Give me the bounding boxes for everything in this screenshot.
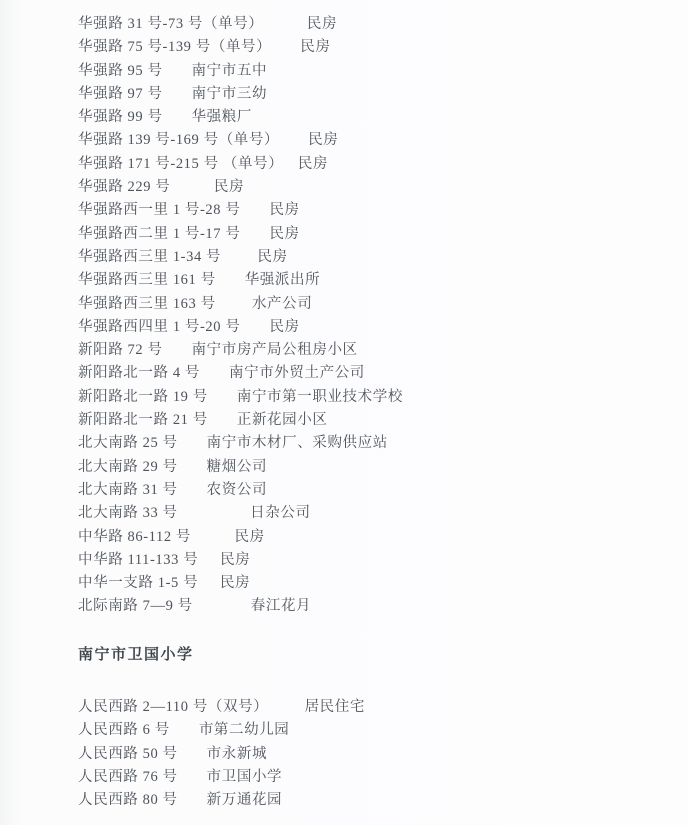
address-row: 人民西路 76 号市卫国小学 xyxy=(78,766,660,789)
address-text: 北际南路 7—9 号 xyxy=(78,595,193,618)
address-row: 华强路西四里 1 号-20 号民房 xyxy=(78,316,660,339)
facility-text: 民房 xyxy=(269,316,299,339)
facility-text: 南宁市外贸土产公司 xyxy=(229,362,365,385)
facility-text: 民房 xyxy=(300,36,330,59)
address-text: 华强路西一里 1 号-28 号 xyxy=(78,199,240,222)
address-row: 华强路 31 号-73 号（单号）民房 xyxy=(78,13,660,36)
scanned-document-page: 华强路 31 号-73 号（单号）民房华强路 75 号-139 号（单号）民房华… xyxy=(0,0,688,825)
address-text: 人民西路 76 号 xyxy=(78,766,178,789)
address-text: 北大南路 25 号 xyxy=(78,432,178,455)
address-text: 人民西路 6 号 xyxy=(78,719,170,742)
facility-text: 民房 xyxy=(308,129,338,152)
address-row: 新阳路 72 号南宁市房产局公租房小区 xyxy=(78,339,660,362)
address-text: 华强路 31 号-73 号（单号） xyxy=(78,13,263,36)
address-row: 华强路西三里 163 号水产公司 xyxy=(78,293,660,316)
facility-text: 南宁市五中 xyxy=(192,60,268,83)
address-text: 新阳路 72 号 xyxy=(78,339,163,362)
address-row: 北大南路 29 号糖烟公司 xyxy=(78,456,660,479)
facility-text: 南宁市木材厂、采购供应站 xyxy=(207,432,388,455)
facility-text: 水产公司 xyxy=(252,293,312,316)
address-row: 中华一支路 1-5 号民房 xyxy=(78,572,660,595)
facility-text: 糖烟公司 xyxy=(207,456,267,479)
facility-text: 民房 xyxy=(235,526,265,549)
address-text: 新阳路北一路 4 号 xyxy=(78,362,200,385)
facility-text: 民房 xyxy=(220,549,250,572)
address-text: 华强路 171 号-215 号 （单号） xyxy=(78,153,283,176)
address-text: 北大南路 33 号 xyxy=(78,502,178,525)
facility-text: 日杂公司 xyxy=(250,502,310,525)
facility-text: 民房 xyxy=(214,176,244,199)
address-list-bottom: 人民西路 2—110 号（双号）居民住宅人民西路 6 号市第二幼儿园人民西路 5… xyxy=(78,696,660,812)
facility-text: 民房 xyxy=(269,223,299,246)
address-row: 新阳路北一路 4 号南宁市外贸土产公司 xyxy=(78,362,660,385)
address-text: 华强路 229 号 xyxy=(78,176,170,199)
address-text: 人民西路 2—110 号（双号） xyxy=(78,696,268,719)
address-text: 华强路 139 号-169 号（单号） xyxy=(78,129,279,152)
facility-text: 市第二幼儿园 xyxy=(199,719,290,742)
facility-text: 南宁市房产局公租房小区 xyxy=(192,339,358,362)
address-row: 华强路 99 号华强粮厂 xyxy=(78,106,660,129)
facility-text: 市卫国小学 xyxy=(207,766,283,789)
address-row: 新阳路北一路 21 号正新花园小区 xyxy=(78,409,660,432)
address-row: 北际南路 7—9 号春江花月 xyxy=(78,595,660,618)
address-text: 华强路西三里 163 号 xyxy=(78,293,216,316)
address-row: 华强路西二里 1 号-17 号民房 xyxy=(78,223,660,246)
address-row: 华强路 75 号-139 号（单号）民房 xyxy=(78,36,660,59)
facility-text: 市永新城 xyxy=(207,743,267,766)
address-row: 中华路 111-133 号民房 xyxy=(78,549,660,572)
address-row: 华强路 95 号南宁市五中 xyxy=(78,60,660,83)
address-row: 华强路西三里 161 号华强派出所 xyxy=(78,269,660,292)
facility-text: 新万通花园 xyxy=(207,789,283,812)
address-text: 华强路西三里 161 号 xyxy=(78,269,216,292)
facility-text: 华强粮厂 xyxy=(192,106,252,129)
section-heading: 南宁市卫国小学 xyxy=(78,644,660,667)
facility-text: 华强派出所 xyxy=(245,269,321,292)
address-text: 华强路西三里 1-34 号 xyxy=(78,246,221,269)
address-text: 中华一支路 1-5 号 xyxy=(78,572,198,595)
address-row: 新阳路北一路 19 号南宁市第一职业技术学校 xyxy=(78,386,660,409)
address-row: 北大南路 31 号农资公司 xyxy=(78,479,660,502)
facility-text: 民房 xyxy=(269,199,299,222)
address-text: 华强路西二里 1 号-17 号 xyxy=(78,223,240,246)
facility-text: 民房 xyxy=(257,246,287,269)
address-text: 中华路 111-133 号 xyxy=(78,549,198,572)
facility-text: 民房 xyxy=(298,153,328,176)
facility-text: 民房 xyxy=(220,572,250,595)
facility-text: 南宁市第一职业技术学校 xyxy=(237,386,403,409)
facility-text: 民房 xyxy=(307,13,337,36)
address-row: 华强路 229 号民房 xyxy=(78,176,660,199)
address-text: 新阳路北一路 21 号 xyxy=(78,409,208,432)
facility-text: 南宁市三幼 xyxy=(192,83,268,106)
address-row: 华强路 171 号-215 号 （单号）民房 xyxy=(78,153,660,176)
address-row: 人民西路 80 号新万通花园 xyxy=(78,789,660,812)
address-text: 华强路 95 号 xyxy=(78,60,163,83)
address-text: 北大南路 29 号 xyxy=(78,456,178,479)
address-text: 华强路 97 号 xyxy=(78,83,163,106)
address-row: 北大南路 25 号南宁市木材厂、采购供应站 xyxy=(78,432,660,455)
address-text: 人民西路 80 号 xyxy=(78,789,178,812)
address-row: 北大南路 33 号日杂公司 xyxy=(78,502,660,525)
address-text: 华强路西四里 1 号-20 号 xyxy=(78,316,240,339)
address-text: 华强路 99 号 xyxy=(78,106,163,129)
facility-text: 农资公司 xyxy=(207,479,267,502)
address-row: 华强路西一里 1 号-28 号民房 xyxy=(78,199,660,222)
facility-text: 居民住宅 xyxy=(305,696,365,719)
address-row: 华强路 97 号南宁市三幼 xyxy=(78,83,660,106)
facility-text: 正新花园小区 xyxy=(237,409,328,432)
address-row: 中华路 86-112 号民房 xyxy=(78,526,660,549)
address-row: 华强路 139 号-169 号（单号）民房 xyxy=(78,129,660,152)
address-row: 人民西路 6 号市第二幼儿园 xyxy=(78,719,660,742)
address-text: 中华路 86-112 号 xyxy=(78,526,191,549)
address-list-top: 华强路 31 号-73 号（单号）民房华强路 75 号-139 号（单号）民房华… xyxy=(78,13,660,619)
address-row: 华强路西三里 1-34 号民房 xyxy=(78,246,660,269)
address-row: 人民西路 2—110 号（双号）居民住宅 xyxy=(78,696,660,719)
address-text: 人民西路 50 号 xyxy=(78,743,178,766)
address-row: 人民西路 50 号市永新城 xyxy=(78,743,660,766)
address-text: 新阳路北一路 19 号 xyxy=(78,386,208,409)
address-text: 北大南路 31 号 xyxy=(78,479,178,502)
facility-text: 春江花月 xyxy=(251,595,311,618)
address-text: 华强路 75 号-139 号（单号） xyxy=(78,36,271,59)
